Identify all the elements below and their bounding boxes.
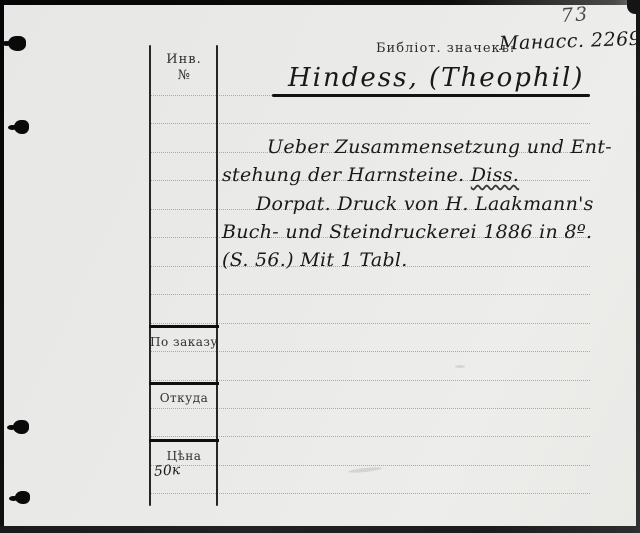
scan-border-bottom [0, 526, 640, 533]
column-label-otkuda: Откуда [149, 391, 219, 405]
body-line-2: stehung der Harnsteine. Diss. [222, 164, 519, 186]
dissertation-abbrev: Diss. [471, 164, 519, 186]
column-right-border [216, 45, 218, 506]
punch-hole [13, 420, 29, 434]
scan-smudge [455, 365, 465, 368]
column-left-border [149, 45, 151, 506]
library-mark-label: Библіот. значекъ: [376, 41, 515, 56]
author-name-handwritten: Hindess, (Theophil) [288, 63, 584, 93]
scan-border-top [0, 0, 640, 5]
column-header-number: № [149, 68, 219, 83]
scan-corner-notch [627, 0, 640, 14]
punch-hole [8, 36, 26, 51]
punch-hole [15, 491, 30, 504]
body-line-5: (S. 56.) Mit 1 Tabl. [222, 249, 408, 271]
catalog-card-scan: Инв. № По заказу Откуда Цѣна 50к 73 Библ… [0, 0, 640, 533]
scan-border-left [0, 0, 4, 533]
body-line-1: Ueber Zusammensetzung und Ent- [267, 136, 612, 158]
scan-border-right [636, 0, 640, 533]
author-underline [272, 94, 590, 97]
body-line-4: Buch- und Steindruckerei 1886 in 8º. [222, 221, 592, 243]
body-line-3: Dorpat. Druck von H. Laakmann's [256, 193, 594, 215]
scan-smudge [348, 466, 382, 474]
column-divider [149, 382, 219, 385]
library-mark-value: Манасс. 22692 [499, 27, 640, 54]
column-divider [149, 325, 219, 328]
price-value-handwritten: 50к [153, 462, 180, 480]
pencil-page-number: 73 [560, 3, 590, 27]
column-header-inv: Инв. [149, 52, 219, 67]
column-label-tsena: Цѣна [149, 449, 219, 463]
column-label-po-zakazu: По заказу [149, 335, 219, 349]
punch-hole [14, 120, 29, 134]
column-divider [149, 439, 219, 442]
body-line-2-text: stehung der Harnsteine. [222, 164, 471, 186]
